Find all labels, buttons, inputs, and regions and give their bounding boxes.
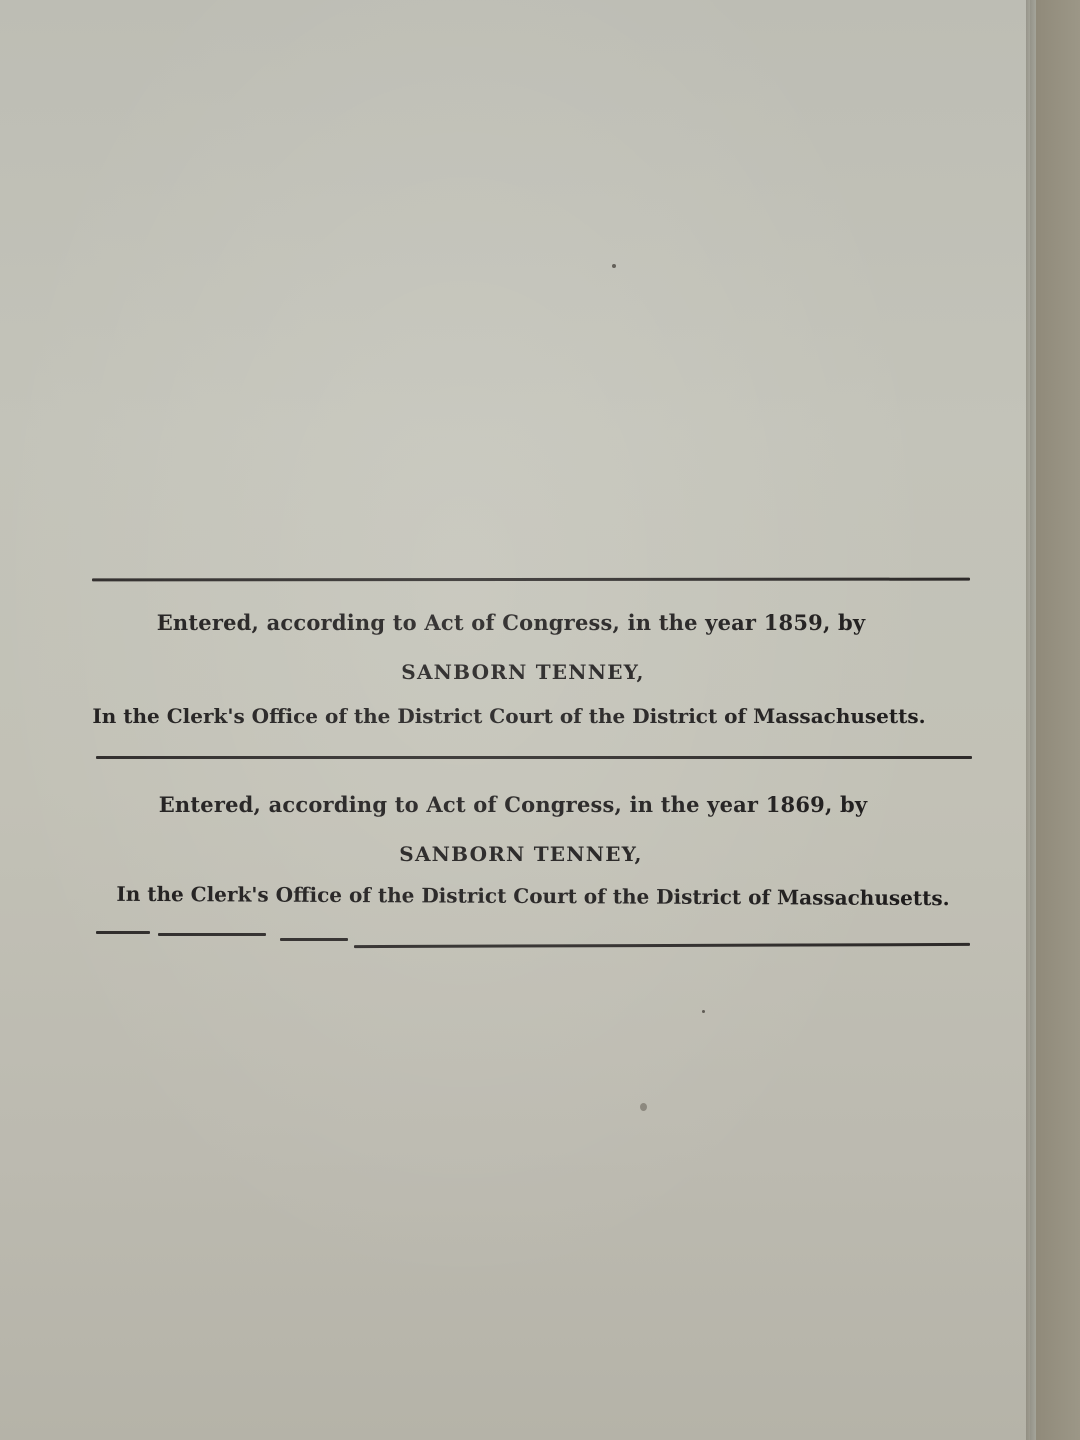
- adjacent-page-edge: [1036, 0, 1080, 1440]
- top-rule: [92, 578, 970, 582]
- notice-2-office-line: In the Clerk's Office of the District Co…: [18, 881, 1048, 910]
- bottom-rule-segment: [354, 943, 970, 948]
- notice-2-entered-line: Entered, according to Act of Congress, i…: [0, 792, 1028, 817]
- middle-rule: [96, 756, 972, 759]
- notice-2-name: SANBORN TENNEY,: [6, 842, 1036, 866]
- paper-speck: [702, 1010, 705, 1013]
- bottom-rule-segment: [96, 931, 150, 934]
- book-page: Entered, according to Act of Congress, i…: [0, 0, 1030, 1440]
- bottom-rule-segment: [158, 933, 266, 936]
- notice-1-entered-line: Entered, according to Act of Congress, i…: [0, 610, 1026, 635]
- paper-speck: [640, 1103, 647, 1111]
- paper-speck: [612, 264, 616, 268]
- notice-1-name: SANBORN TENNEY,: [8, 660, 1038, 684]
- gutter-shadow: [1026, 0, 1036, 1440]
- bottom-rule-segment: [280, 938, 348, 941]
- notice-1-office-line: In the Clerk's Office of the District Co…: [0, 704, 1024, 728]
